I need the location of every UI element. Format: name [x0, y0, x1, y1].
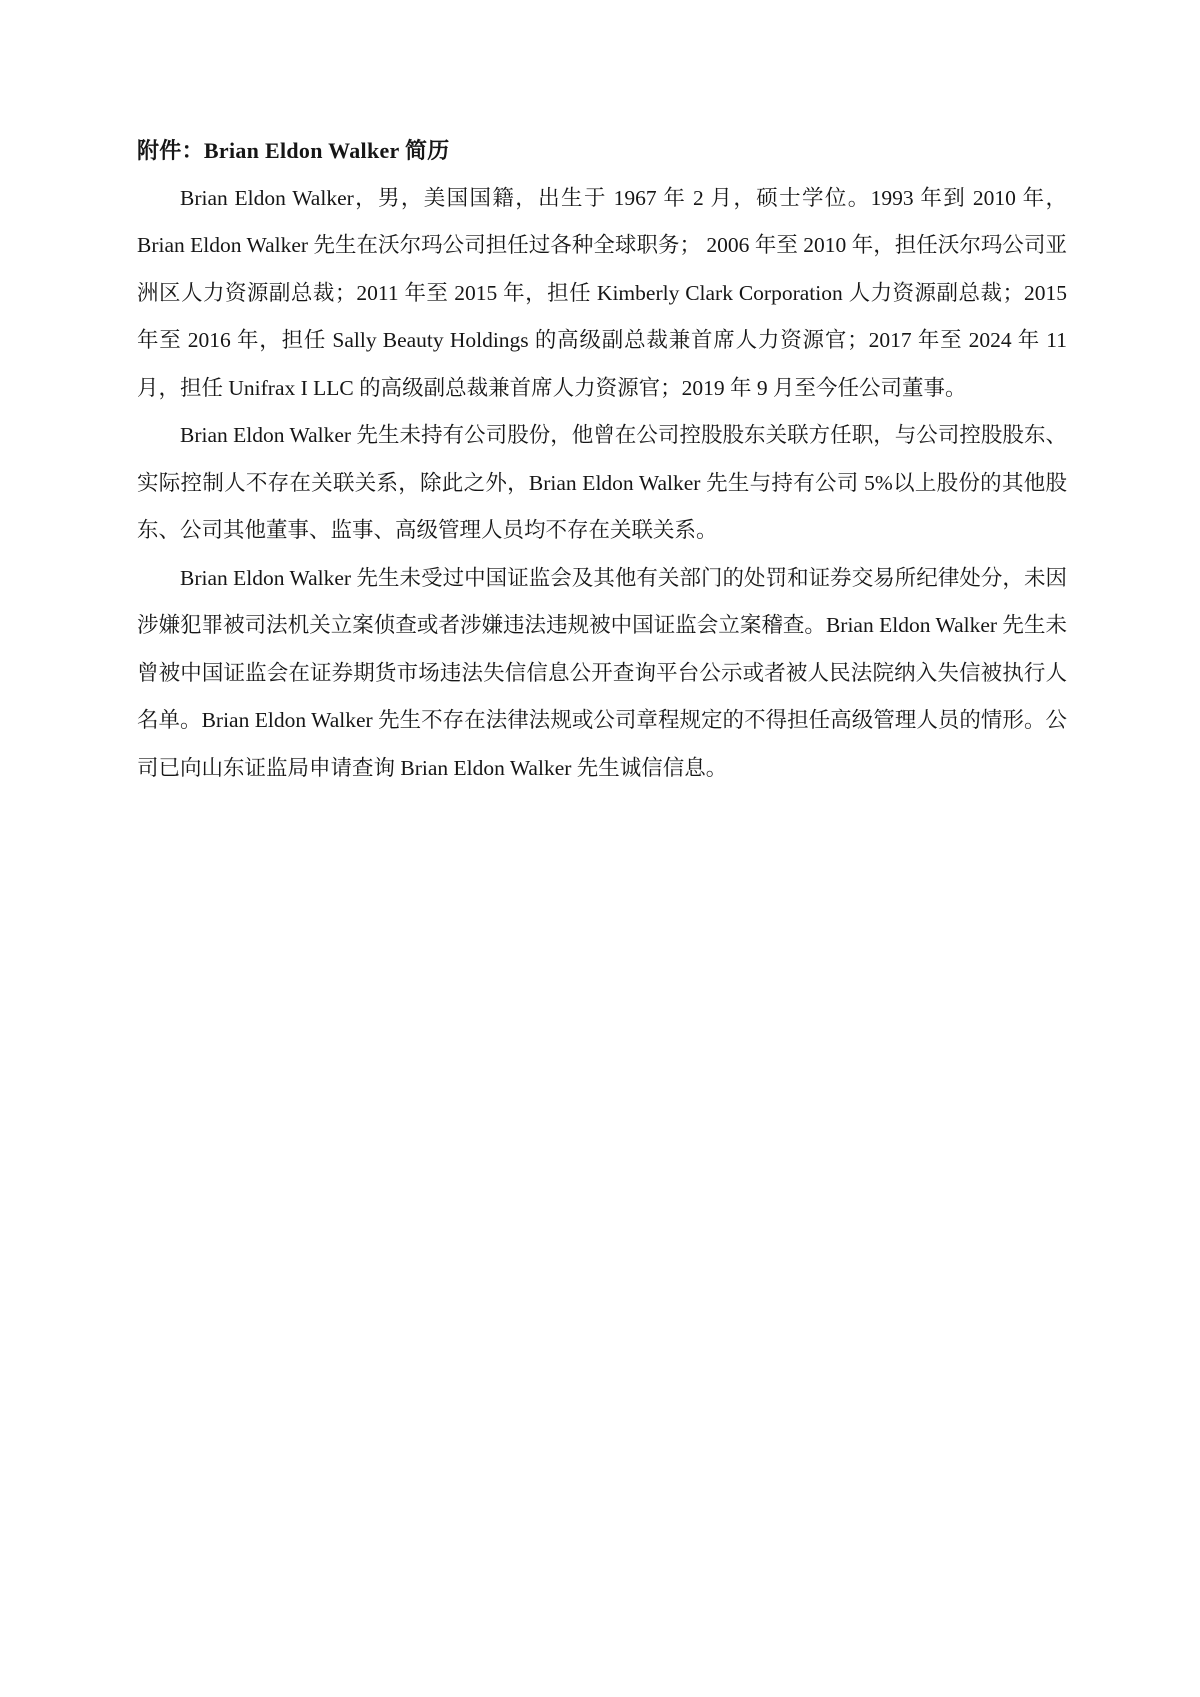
paragraph-regulatory-integrity: Brian Eldon Walker 先生未受过中国证监会及其他有关部门的处罚和… [137, 555, 1067, 793]
document-page: 附件：Brian Eldon Walker 简历 Brian Eldon Wal… [0, 0, 1200, 1697]
paragraph-shareholding-relationships: Brian Eldon Walker 先生未持有公司股份，他曾在公司控股股东关联… [137, 412, 1067, 555]
attachment-title: 附件：Brian Eldon Walker 简历 [137, 127, 1067, 175]
paragraph-career-history: Brian Eldon Walker，男，美国国籍，出生于 1967 年 2 月… [137, 175, 1067, 413]
